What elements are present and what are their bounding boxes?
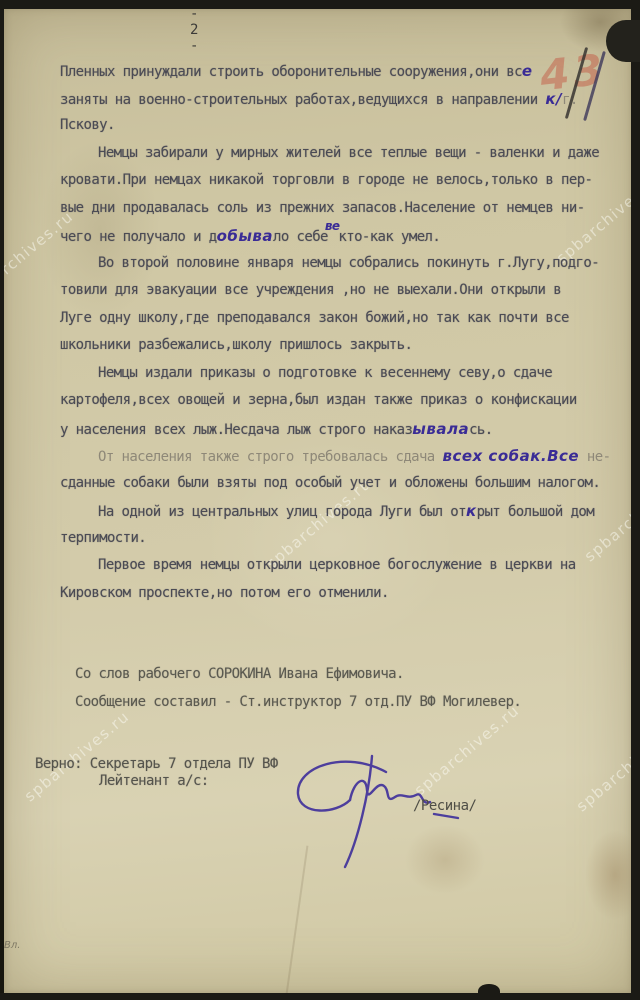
text-line: товили для эвакуации все учреждения ,но … (60, 282, 620, 310)
attestation-line: Верно: Секретарь 7 отдела ПУ ВФ (35, 756, 278, 773)
typed-segment: товили для эвакуации все учреждения ,но … (60, 282, 561, 298)
typed-segment: кровати.При немцах никакой торговли в го… (60, 172, 592, 188)
text-line: Кировском проспекте,но потом его отменил… (60, 585, 620, 613)
typed-segment: чего не получало и д (60, 229, 217, 245)
text-line: Пленных принуждали строить оборонительны… (60, 62, 620, 90)
scan-edge-right (631, 0, 640, 1000)
signature-name: /Ресина/ (413, 798, 476, 814)
typed-segment: Немцы забирали у мирных жителей все тепл… (98, 145, 599, 161)
page-number: - 2 - (190, 6, 350, 54)
typed-text: Пленных принуждали строить оборонительны… (60, 62, 620, 612)
margin-note: Вл. (4, 940, 20, 951)
typed-segment: сь. (469, 422, 493, 438)
signature-ink (268, 752, 483, 877)
typed-segment: рыт большой дом (477, 504, 594, 520)
text-line: вые дни продавалась соль из прежних запа… (60, 200, 620, 228)
scan-edge-left (0, 0, 4, 870)
typed-segment: у населения всех лыж.Несдача лыж строго … (60, 422, 412, 438)
scan-edge-top (0, 0, 640, 9)
text-line: Во второй половине января немцы собралис… (60, 255, 620, 283)
typed-segment: От населения также строго требовалась сд… (98, 449, 442, 465)
text-line: у населения всех лыж.Несдача лыж строго … (60, 420, 620, 448)
typed-segment: сданные собаки были взяты под особый уче… (60, 475, 600, 491)
typed-segment: г. (562, 92, 578, 108)
ink-annotation: всех собак.Все (442, 447, 579, 465)
text-line: кровати.При немцах никакой торговли в го… (60, 172, 620, 200)
typed-segment: не- (579, 449, 610, 465)
ink-annotation: ве (325, 219, 340, 233)
typed-segment: картофеля,всех овощей и зерна,был издан … (60, 392, 577, 408)
text-line: Первое время немцы открыли церковное бог… (60, 557, 620, 585)
scan-bottom-notch (478, 984, 500, 998)
typed-segment: ло себе (273, 229, 328, 245)
typed-segment: Немцы издали приказы о подготовке к весе… (98, 365, 552, 381)
document-scan: spbarchives.ru spbarchives.ru spbarchive… (0, 0, 640, 1000)
text-line: На одной из центральных улиц города Луги… (60, 502, 620, 530)
typed-segment: Кировском проспекте,но потом его отменил… (60, 585, 389, 601)
text-line: школьники разбежались,школу пришлось зак… (60, 337, 620, 365)
text-line: сданные собаки были взяты под особый уче… (60, 475, 620, 503)
closing-block: Со слов рабочего СОРОКИНА Ивана Ефимович… (75, 666, 521, 721)
typed-segment: заняты на военно-строительных работах,ве… (60, 92, 545, 108)
text-line: картофеля,всех овощей и зерна,был издан … (60, 392, 620, 420)
typed-segment: Во второй половине января немцы собралис… (98, 255, 599, 271)
ink-annotation: ывала (412, 420, 469, 438)
ink-annotation: к (466, 502, 477, 520)
text-line: От населения также строго требовалась сд… (60, 447, 620, 475)
text-line: терпимости. (60, 530, 620, 558)
attestation-line: Лейтенант а/с: (99, 773, 278, 790)
ink-annotation: к/ (545, 90, 562, 108)
typed-segment: Первое время немцы открыли церковное бог… (98, 557, 576, 573)
typed-segment: школьники разбежались,школу пришлось зак… (60, 337, 412, 353)
typed-segment: На одной из центральных улиц города Луги… (98, 504, 466, 520)
text-line: Пскову. (60, 117, 620, 145)
ink-annotation: е (522, 62, 533, 80)
typed-segment: Пленных принуждали строить оборонительны… (60, 64, 522, 80)
typed-segment: кто-как умел. (338, 229, 440, 245)
attestation-block: Верно: Секретарь 7 отдела ПУ ВФ Лейтенан… (35, 756, 278, 790)
text-line: Немцы забирали у мирных жителей все тепл… (60, 145, 620, 173)
typed-segment: терпимости. (60, 530, 146, 546)
scan-corner-notch (606, 20, 640, 62)
text-line: заняты на военно-строительных работах,ве… (60, 90, 620, 118)
typed-segment: вые дни продавалась соль из прежних запа… (60, 200, 585, 216)
text-line: чего не получало и добывало себевекто-ка… (60, 227, 620, 255)
typed-segment: Луге одну школу,где преподавался закон б… (60, 310, 569, 326)
typed-segment: Пскову. (60, 117, 115, 133)
scan-edge-bottom (0, 993, 640, 1000)
text-line: Луге одну школу,где преподавался закон б… (60, 310, 620, 338)
closing-line: Сообщение составил - Ст.инструктор 7 отд… (75, 694, 521, 722)
ink-annotation: обыва (217, 227, 273, 245)
closing-line: Со слов рабочего СОРОКИНА Ивана Ефимович… (75, 666, 521, 694)
text-line: Немцы издали приказы о подготовке к весе… (60, 365, 620, 393)
